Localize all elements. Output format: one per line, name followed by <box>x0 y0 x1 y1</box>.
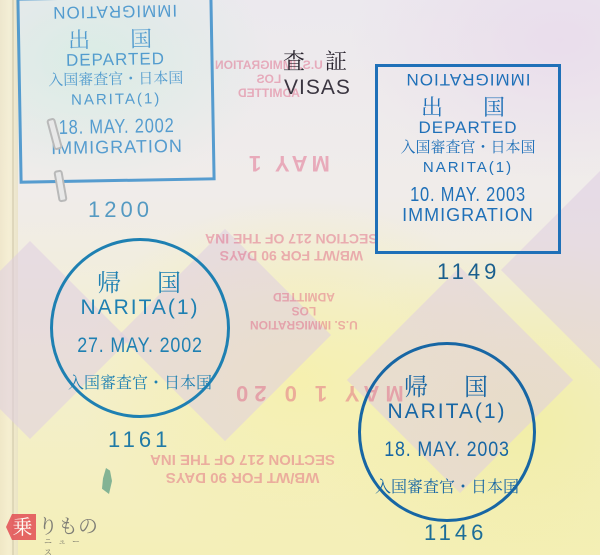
arrival-stamp-2003: 帰国 NARITA(1) 18. MAY. 2003 入国審査官・日本国 <box>358 342 536 522</box>
watermark-logo: 乗 りもの ニュース <box>6 514 98 540</box>
stamp-top-text: IMMIGRATION <box>19 0 209 23</box>
us-stamp-line: WB/WT FOR 90 DAYS <box>150 468 335 486</box>
stamp-date: 18. MAY. 2003 <box>374 438 520 462</box>
stamp-office: 入国審査官・日本国 <box>21 66 211 90</box>
stamp-serial-number: 1149 <box>437 259 500 285</box>
stamp-port: NARITA(1) <box>53 296 227 320</box>
us-stamp-line: SECTION 217 OF THE INA <box>205 230 378 247</box>
departure-stamp-2002: IMMIGRATION 出国 DEPARTED 入国審査官・日本国 NARITA… <box>16 0 215 184</box>
stamp-office: 入国審査官・日本国 <box>361 474 533 497</box>
us-stamp-line: ADMITTED <box>250 290 358 304</box>
logo-name: りもの <box>38 514 98 538</box>
stamp-port: NARITA(1) <box>21 89 211 109</box>
visa-page-title-en: VISAS <box>284 76 351 100</box>
us-stamp-date-fragment: MAY 1 <box>245 150 330 176</box>
stamp-kanji: 帰国 <box>395 367 533 402</box>
visa-page-title-jp: 査証 <box>283 45 367 76</box>
us-admission-stamp-faded: U.S. IMMIGRATION LOS ADMITTED <box>250 290 358 332</box>
stamp-port: NARITA(1) <box>378 159 558 176</box>
us-stamp-line: LOS <box>250 304 358 318</box>
passport-visa-page: U.S. IMMIGRATION LOS ADMITTED MAY 1 WB/W… <box>0 0 600 555</box>
stamp-office: 入国審査官・日本国 <box>53 370 227 393</box>
stamp-bottom-text: IMMIGRATION <box>378 205 558 226</box>
departure-stamp-2003: IMMIGRATION 出国 DEPARTED 入国審査官・日本国 NARITA… <box>375 64 561 254</box>
stamp-port: NARITA(1) <box>361 400 533 424</box>
stamp-date: 27. MAY. 2002 <box>66 334 214 358</box>
stamp-serial-number: 1146 <box>424 520 487 546</box>
punch-hole <box>102 468 112 494</box>
logo-subtitle: ニュース <box>44 536 98 555</box>
stamp-date: 10. MAY. 2003 <box>394 184 542 207</box>
us-stamp-line: SECTION 217 OF THE INA <box>150 450 335 468</box>
arrival-stamp-2002: 帰国 NARITA(1) 27. MAY. 2002 入国審査官・日本国 <box>50 238 230 418</box>
stamp-serial-number: 1200 <box>88 197 153 223</box>
us-stamp-wt-block: WB/WT FOR 90 DAYS SECTION 217 OF THE INA <box>150 450 335 486</box>
stamp-serial-number: 1161 <box>108 427 171 453</box>
stamp-top-text: IMMIGRATION <box>378 69 558 89</box>
stamp-office: 入国審査官・日本国 <box>378 136 558 157</box>
stamp-date: 18. MAY. 2002 <box>39 115 195 141</box>
us-stamp-wt-block: WB/WT FOR 90 DAYS SECTION 217 OF THE INA <box>205 230 378 264</box>
us-stamp-line: WB/WT FOR 90 DAYS <box>205 247 378 264</box>
stamp-kanji: 帰国 <box>87 263 227 298</box>
logo-badge: 乗 <box>6 514 36 540</box>
us-stamp-line: U.S. IMMIGRATION <box>250 318 358 332</box>
